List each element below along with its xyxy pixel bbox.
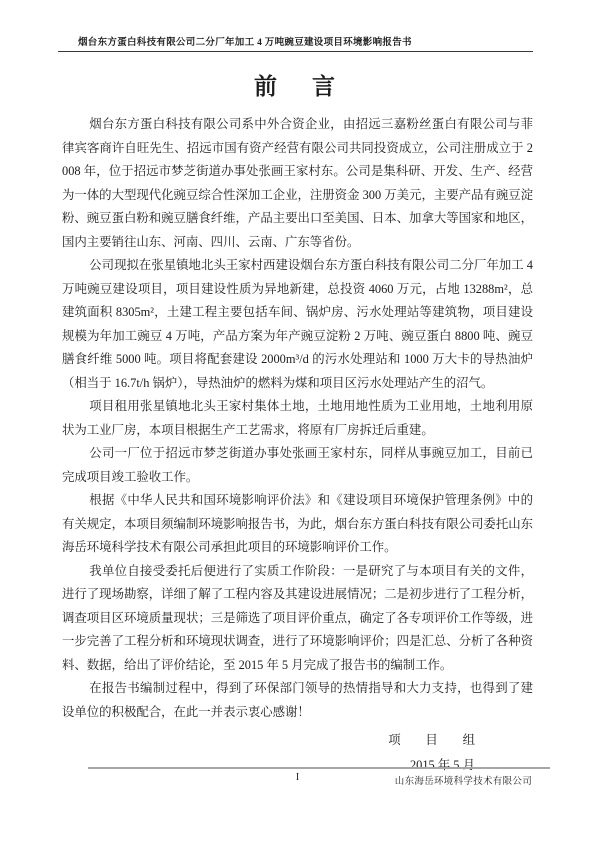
paragraph: 在报告书编制过程中，得到了环保部门领导的热情指导和大力支持，也得到了建设单位的积… <box>62 677 533 724</box>
document-page: 烟台东方蛋白科技有限公司二分厂年加工 4 万吨豌豆建设项目环境影响报告书 前 言… <box>0 0 595 842</box>
paragraph: 项目租用张星镇地北头王家村集体土地，土地用地性质为工业用地，土地利用原状为工业厂… <box>62 395 533 442</box>
paragraph: 公司一厂位于招远市梦芝街道办事处张画王家村东，同样从事豌豆加工，目前已完成项目竣… <box>62 442 533 489</box>
footer-company-name: 山东海岳环境科学技术有限公司 <box>395 773 532 787</box>
page-title: 前 言 <box>62 68 533 101</box>
paragraph: 公司现拟在张星镇地北头王家村西建设烟台东方蛋白科技有限公司二分厂年加工 4 万吨… <box>62 254 533 395</box>
paragraph: 我单位自接受委托后便进行了实质工作阶段：一是研究了与本项目有关的文件，进行了现场… <box>62 560 533 678</box>
running-header: 烟台东方蛋白科技有限公司二分厂年加工 4 万吨豌豆建设项目环境影响报告书 <box>58 34 533 52</box>
footer-divider <box>88 767 550 769</box>
signature-block: 项 目 组 2015 年 5 月 <box>62 728 533 778</box>
paragraph: 烟台东方蛋白科技有限公司系中外合资企业，由招远三嘉粉丝蛋白有限公司与菲律宾客商许… <box>62 113 533 254</box>
signature-group: 项 目 组 <box>62 728 475 753</box>
body-text: 烟台东方蛋白科技有限公司系中外合资企业，由招远三嘉粉丝蛋白有限公司与菲律宾客商许… <box>62 113 533 724</box>
paragraph: 根据《中华人民共和国环境影响评价法》和《建设项目环境保护管理条例》中的有关规定，… <box>62 489 533 560</box>
page-content: 前 言 烟台东方蛋白科技有限公司系中外合资企业，由招远三嘉粉丝蛋白有限公司与菲律… <box>62 62 533 778</box>
